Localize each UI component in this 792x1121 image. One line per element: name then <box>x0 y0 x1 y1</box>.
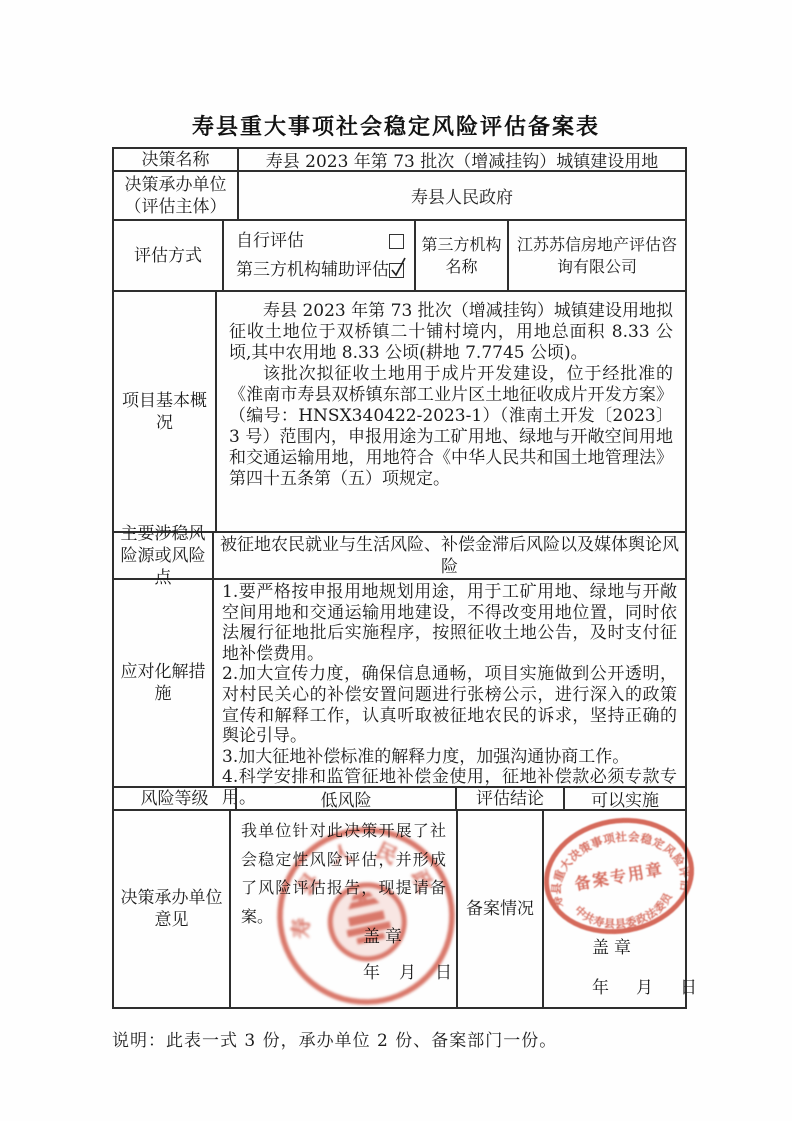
row-measures: 应对化解措施 1.要严格按申报用地规划用途，用于工矿用地、绿地与开敞空间用地和交… <box>114 580 687 788</box>
page-title: 寿县重大事项社会稳定风险评估备案表 <box>0 110 792 141</box>
overview-label: 项目基本概况 <box>114 292 217 533</box>
measure-item: 1.要严格按申报用地规划用途，用于工矿用地、绿地与开敞空间用地和交通运输用地建设… <box>222 582 677 664</box>
opinion-seal-caption: 盖章 <box>363 923 407 952</box>
overview-text: 寿县 2023 年第 73 批次（增减挂钩）城镇建设用地拟征收土地位于双桥镇二十… <box>217 292 687 533</box>
risk-source-label: 主要涉稳风险源或风险点 <box>114 533 214 580</box>
measures-label: 应对化解措施 <box>114 580 214 788</box>
option-self-label: 自行评估 <box>236 230 304 252</box>
measure-item: 2.加大宣传力度，确保信息通畅，项目实施做到公开透明，对村民关心的补偿安置问题进… <box>222 664 677 746</box>
row-risk-level: 风险等级 低风险 评估结论 可以实施 <box>114 788 687 811</box>
agency-name: 江苏苏信房地产评估咨询有限公司 <box>509 221 687 292</box>
filing-cell: 盖章 年 月 日 <box>544 811 687 1009</box>
row-decision-name: 决策名称 寿县 2023 年第 73 批次（增减挂钩）城镇建设用地 <box>114 149 687 172</box>
row-undertaker: 决策承办单位（评估主体） 寿县人民政府 <box>114 172 687 221</box>
risk-source-value: 被征地农民就业与生活风险、补偿金滞后风险以及媒体舆论风险 <box>214 533 687 580</box>
conclusion-label: 评估结论 <box>457 788 565 811</box>
risk-level-label: 风险等级 <box>114 788 237 811</box>
conclusion-value: 可以实施 <box>565 788 687 811</box>
row-overview: 项目基本概况 寿县 2023 年第 73 批次（增减挂钩）城镇建设用地拟征收土地… <box>114 292 687 533</box>
option-third-label: 第三方机构辅助评估 <box>236 259 389 281</box>
undertaker-label: 决策承办单位（评估主体） <box>114 172 239 221</box>
undertaker-value: 寿县人民政府 <box>239 172 687 221</box>
overview-paragraph: 该批次拟征收土地用于成片开发建设，位于经批准的《淮南市寿县双桥镇东部工业片区土地… <box>229 364 673 490</box>
agency-label: 第三方机构名称 <box>416 221 509 292</box>
method-label: 评估方式 <box>114 221 224 292</box>
opinion-date-line: 年 月 日 <box>363 959 453 988</box>
option-self-assessment: 自行评估 <box>236 230 404 252</box>
footer-note: 说明：此表一式 3 份，承办单位 2 份、备案部门一份。 <box>112 1026 557 1051</box>
row-opinion-filing: 决策承办单位意见 我单位针对此决策开展了社会稳定性风险评估，并形成了风险评估报告… <box>114 811 687 1009</box>
risk-level-value: 低风险 <box>237 788 457 811</box>
measures-text: 1.要严格按申报用地规划用途，用于工矿用地、绿地与开敞空间用地和交通运输用地建设… <box>214 580 687 788</box>
checkbox-checked-icon <box>389 263 404 278</box>
opinion-cell: 我单位针对此决策开展了社会稳定性风险评估，并形成了风险评估报告，现提请备案。 盖… <box>231 811 458 1009</box>
filing-date-line: 年 月 日 <box>592 973 702 998</box>
filing-label: 备案情况 <box>458 811 544 1009</box>
checkbox-unchecked-icon <box>389 234 404 249</box>
filing-form-table: 决策名称 寿县 2023 年第 73 批次（增减挂钩）城镇建设用地 决策承办单位… <box>112 147 687 1009</box>
overview-paragraph: 寿县 2023 年第 73 批次（增减挂钩）城镇建设用地拟征收土地位于双桥镇二十… <box>229 301 673 364</box>
filing-seal-caption: 盖章 <box>592 933 636 958</box>
decision-name-label: 决策名称 <box>114 149 239 172</box>
document-page: 寿县重大事项社会稳定风险评估备案表 决策名称 寿县 2023 年第 73 批次（… <box>0 0 792 1121</box>
opinion-label: 决策承办单位意见 <box>114 811 231 1009</box>
row-method: 评估方式 自行评估 第三方机构辅助评估 第三方机构名称 江苏苏信房地产评估咨询有… <box>114 221 687 292</box>
opinion-text: 我单位针对此决策开展了社会稳定性风险评估，并形成了风险评估报告，现提请备案。 <box>241 821 446 926</box>
measure-item: 3.加大征地补偿标准的解释力度，加强沟通协商工作。 <box>222 747 677 768</box>
decision-name-value: 寿县 2023 年第 73 批次（增减挂钩）城镇建设用地 <box>239 149 687 172</box>
option-third-party-assisted: 第三方机构辅助评估 <box>236 259 404 281</box>
row-risk-source: 主要涉稳风险源或风险点 被征地农民就业与生活风险、补偿金滞后风险以及媒体舆论风险 <box>114 533 687 580</box>
method-options: 自行评估 第三方机构辅助评估 <box>224 221 416 292</box>
